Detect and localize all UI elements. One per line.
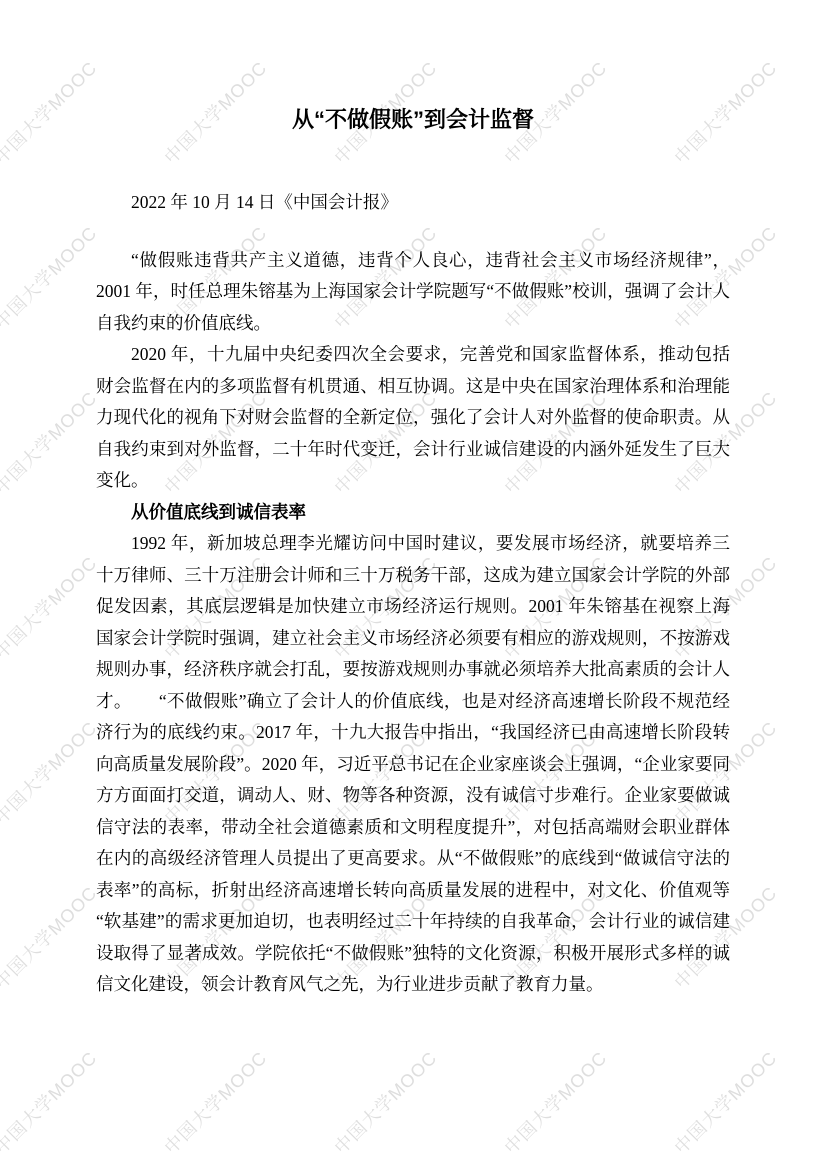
- watermark-text: 中国大学MOOC: [0, 880, 102, 995]
- section-heading: 从价值底线到诚信表率: [96, 497, 730, 529]
- watermark-text: 中国大学MOOC: [0, 385, 102, 500]
- body-paragraph: “做假账违背共产主义道德，违背个人良心，违背社会主义市场经济规律”，2001 年…: [96, 245, 730, 340]
- watermark-text: 中国大学MOOC: [158, 1045, 273, 1160]
- watermark-text: 中国大学MOOC: [498, 1045, 613, 1160]
- watermark-text: 中国大学MOOC: [0, 715, 102, 830]
- body-paragraph: 2020 年，十九届中央纪委四次全会要求，完善党和国家监督体系，推动包括财会监督…: [96, 339, 730, 497]
- source-line: 2022 年 10 月 14 日《中国会计报》: [96, 187, 730, 219]
- document-title: 从“不做假账”到会计监督: [96, 0, 730, 136]
- watermark-text: 中国大学MOOC: [328, 1045, 443, 1160]
- document-page: 中国大学MOOC中国大学MOOC中国大学MOOC中国大学MOOC中国大学MOOC…: [0, 0, 826, 1169]
- watermark-text: 中国大学MOOC: [0, 220, 102, 335]
- body-paragraph: 1992 年，新加坡总理李光耀访问中国时建议，要发展市场经济，就要培养三十万律师…: [96, 528, 730, 1001]
- document-content: 从“不做假账”到会计监督 2022 年 10 月 14 日《中国会计报》 “做假…: [96, 0, 730, 1001]
- watermark-text: 中国大学MOOC: [0, 55, 102, 170]
- watermark-text: 中国大学MOOC: [668, 1045, 783, 1160]
- watermark-text: 中国大学MOOC: [0, 1045, 102, 1160]
- document-body: “做假账违背共产主义道德，违背个人良心，违背社会主义市场经济规律”，2001 年…: [96, 245, 730, 1001]
- watermark-text: 中国大学MOOC: [0, 550, 102, 665]
